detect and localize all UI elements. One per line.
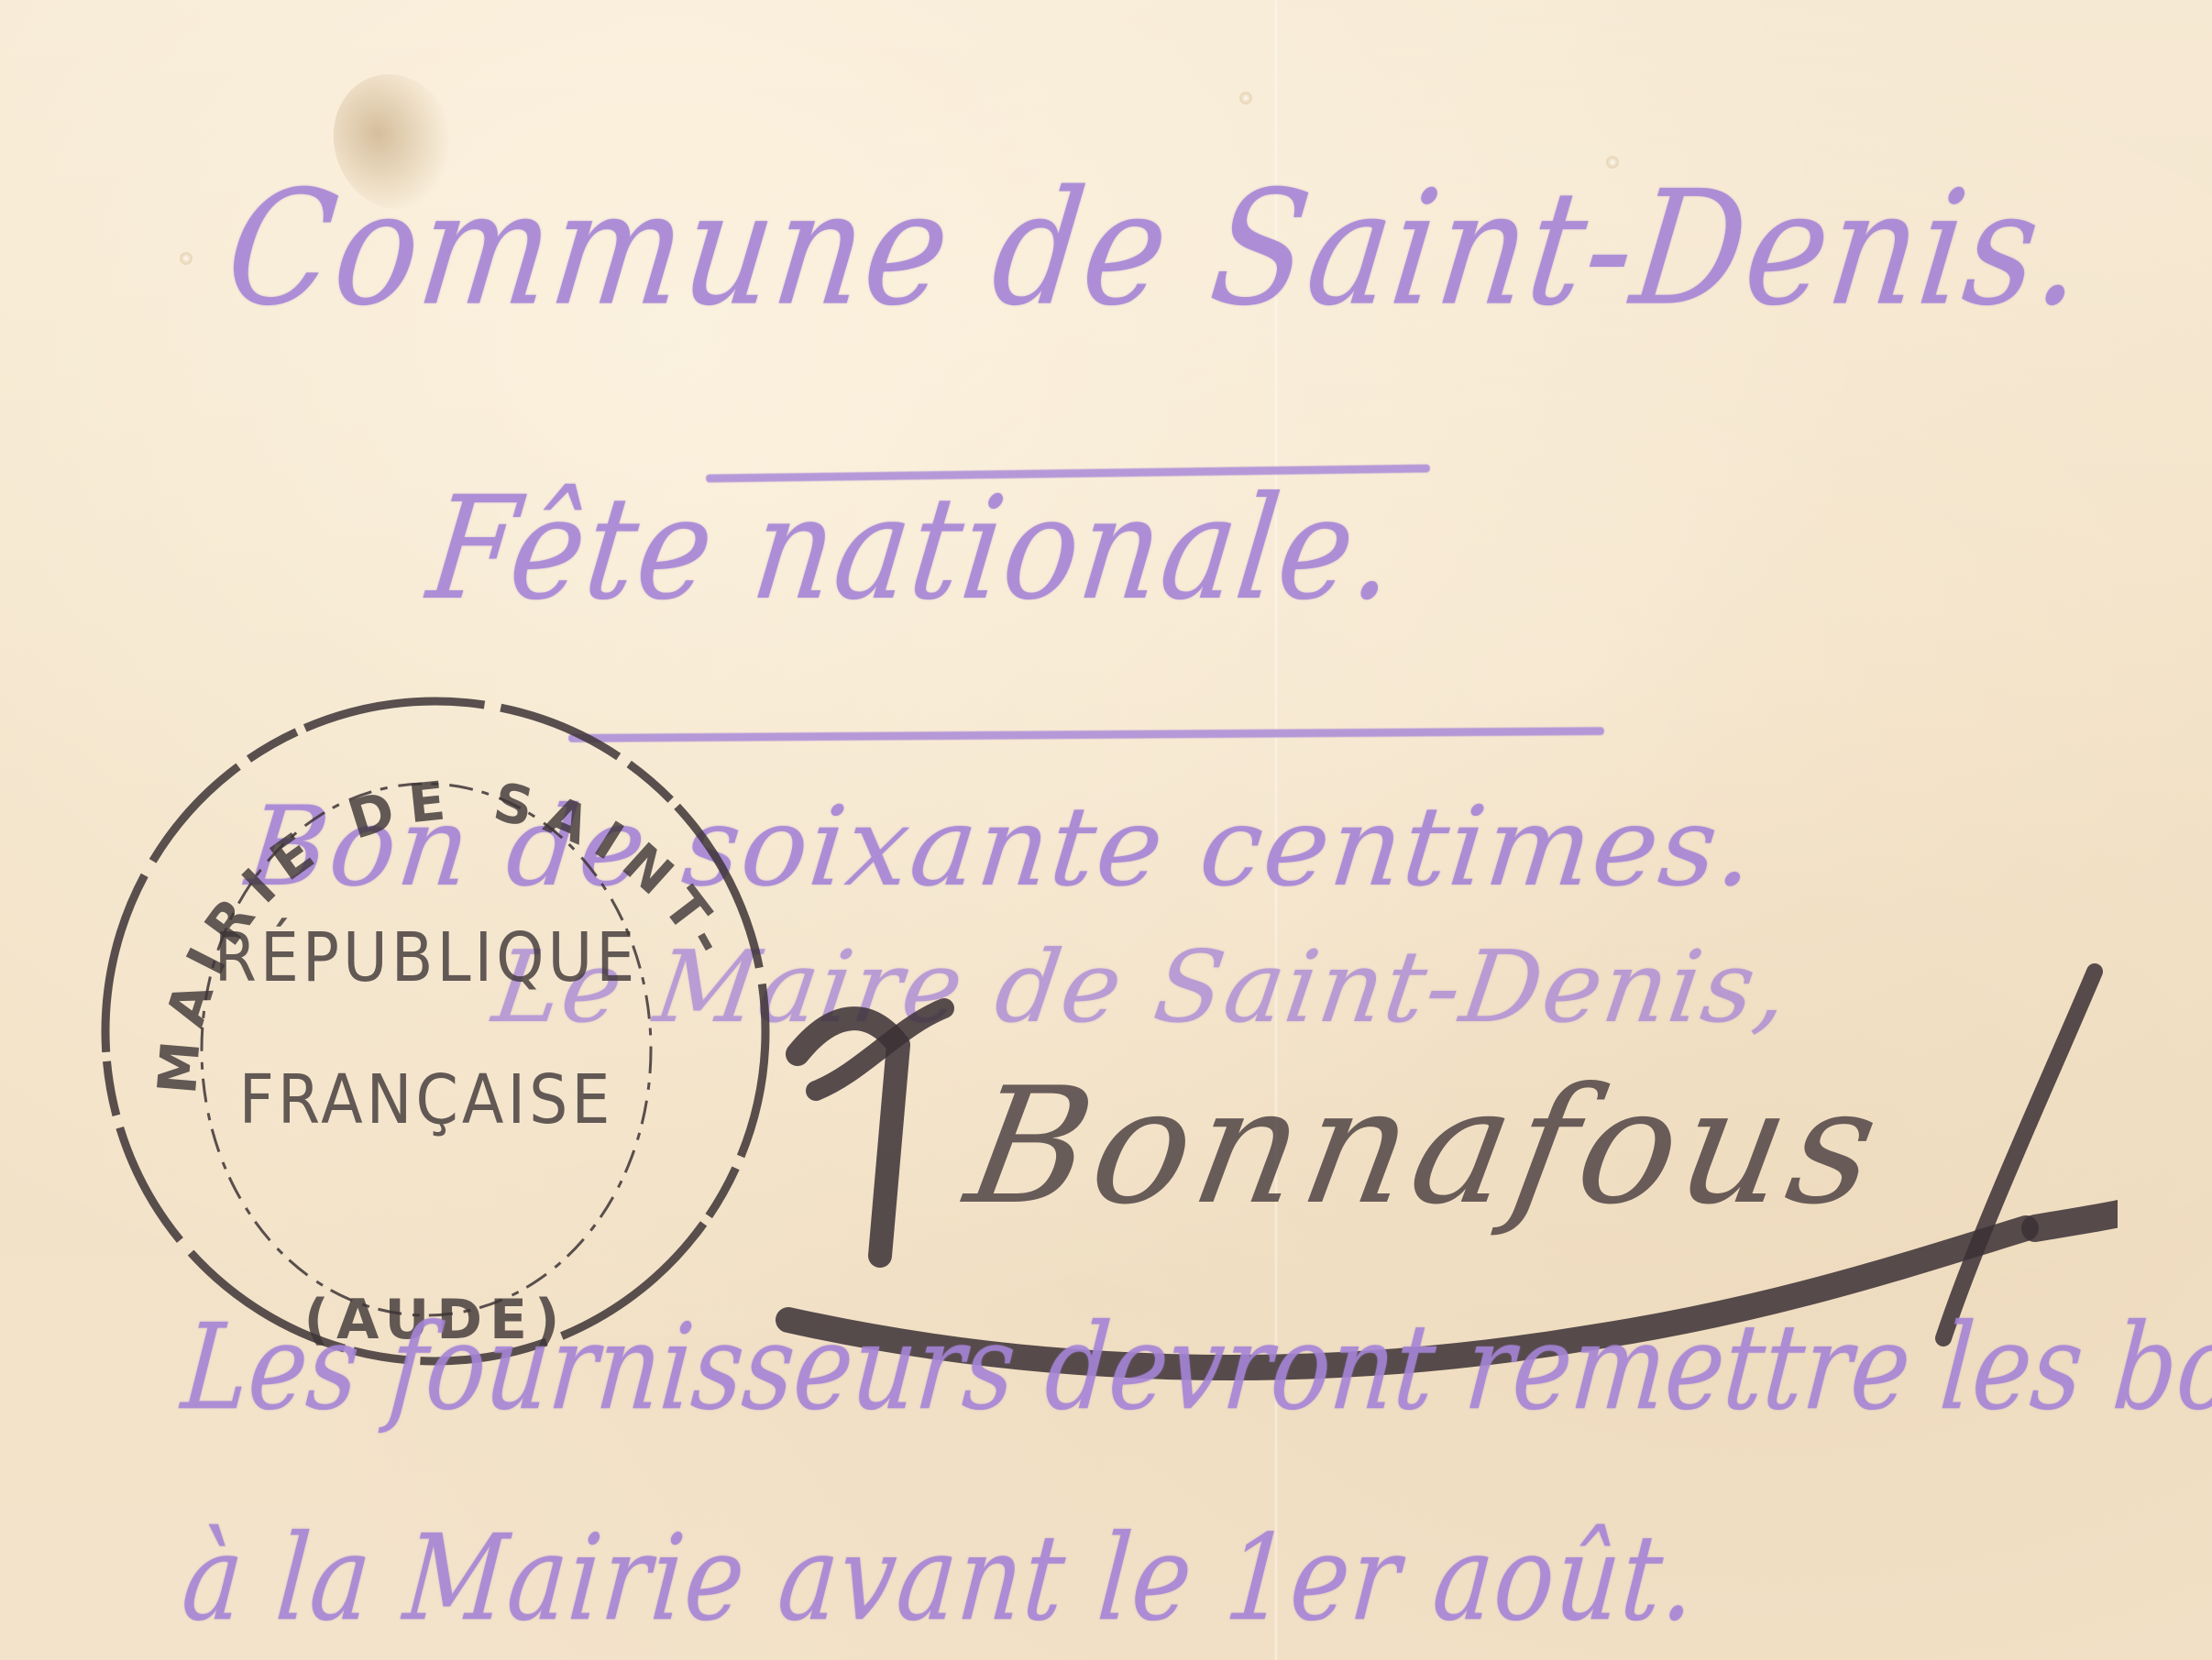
pinhole — [180, 252, 193, 265]
stamp-center-line-1: RÉPUBLIQUE — [215, 917, 639, 997]
signature-name: Bonnafous — [955, 1054, 1896, 1240]
pinhole — [1239, 92, 1252, 104]
stamp-seal-icon: MAIRIE DE SAINT-DENIS RÉPUBLIQUE FRANÇAI… — [69, 665, 802, 1389]
document-page: Commune de Saint-Denis. Fête nationale. … — [0, 0, 2212, 1660]
svg-text:MAIRIE DE SAINT-DENIS: MAIRIE DE SAINT-DENIS — [69, 665, 746, 1096]
notice-line-1: Les fournisseurs devront remettre les bo… — [177, 1300, 2212, 1437]
document-title: Commune de Saint-Denis. — [218, 158, 2096, 341]
notice-line-2: à la Mairie avant le 1er août. — [177, 1511, 1702, 1648]
document-subtitle: Fête nationale. — [421, 466, 1406, 632]
official-stamp: MAIRIE DE SAINT-DENIS RÉPUBLIQUE FRANÇAI… — [69, 665, 802, 1389]
stamp-outer-text: MAIRIE DE SAINT-DENIS — [69, 665, 746, 1096]
stamp-center-line-2: FRANÇAISE — [239, 1061, 614, 1139]
